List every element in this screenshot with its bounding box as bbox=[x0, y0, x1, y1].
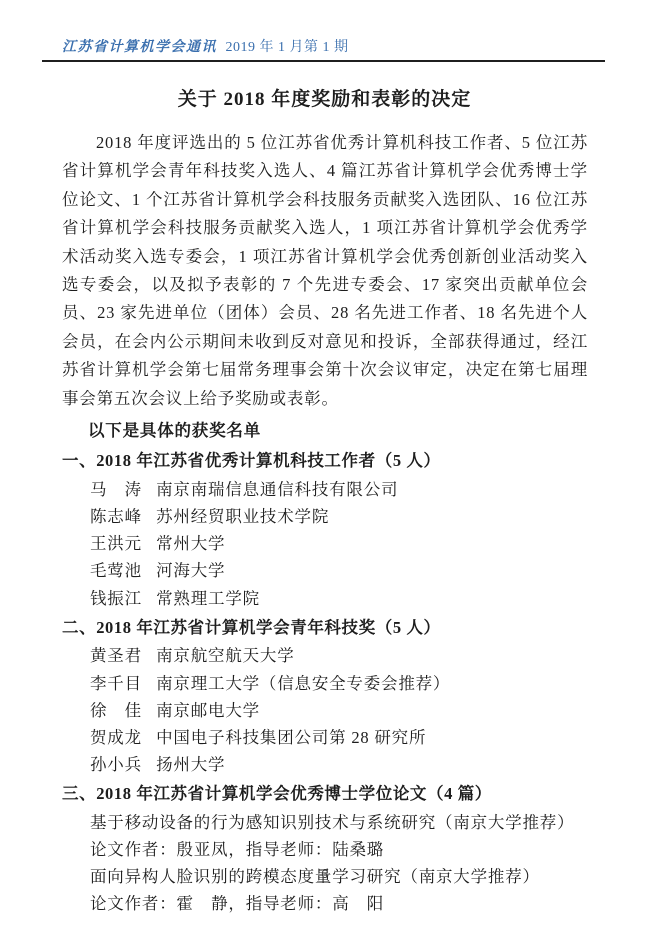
awardee-organization: 常州大学 bbox=[156, 534, 225, 553]
journal-issue: 2019 年 1 月第 1 期 bbox=[226, 40, 349, 55]
award-entry: 王洪元 常州大学 bbox=[62, 530, 588, 557]
awardee-organization: 南京邮电大学 bbox=[156, 701, 260, 720]
intro-paragraph: 2018 年度评选出的 5 位江苏省优秀计算机科技工作者、5 位江苏省计算机学会… bbox=[62, 129, 588, 413]
award-entry: 黄圣君 南京航空航天大学 bbox=[62, 642, 588, 669]
awardee-name: 贺成龙 bbox=[90, 724, 152, 751]
header-divider bbox=[42, 60, 605, 62]
awardee-name: 钱振江 bbox=[90, 585, 152, 612]
section-3-entries: 基于移动设备的行为感知识别技术与系统研究（南京大学推荐） 论文作者：殷亚凤，指导… bbox=[62, 809, 588, 918]
section-2-heading: 二、2018 年江苏省计算机学会青年科技奖（5 人） bbox=[62, 614, 588, 642]
award-entry: 李千目 南京理工大学（信息安全专委会推荐） bbox=[62, 670, 588, 697]
section-1-heading: 一、2018 年江苏省优秀计算机科技工作者（5 人） bbox=[62, 447, 588, 475]
awardee-name: 马 涛 bbox=[90, 476, 152, 503]
section-2-entries: 黄圣君 南京航空航天大学 李千目 南京理工大学（信息安全专委会推荐） 徐 佳 南… bbox=[62, 642, 588, 778]
journal-name: 江苏省计算机学会通讯 bbox=[62, 40, 217, 55]
award-entry: 马 涛 南京南瑞信息通信科技有限公司 bbox=[62, 476, 588, 503]
section-1-entries: 马 涛 南京南瑞信息通信科技有限公司 陈志峰 苏州经贸职业技术学院 王洪元 常州… bbox=[62, 476, 588, 612]
awardee-organization: 扬州大学 bbox=[156, 755, 225, 774]
awardee-organization: 南京理工大学（信息安全专委会推荐） bbox=[156, 674, 450, 693]
document-page: 江苏省计算机学会通讯 2019 年 1 月第 1 期 关于 2018 年度奖励和… bbox=[0, 0, 649, 934]
thesis-title: 基于移动设备的行为感知识别技术与系统研究（南京大学推荐） bbox=[62, 809, 588, 836]
award-entry: 孙小兵 扬州大学 bbox=[62, 751, 588, 778]
page-header: 江苏省计算机学会通讯 2019 年 1 月第 1 期 bbox=[62, 36, 349, 56]
award-entry: 钱振江 常熟理工学院 bbox=[62, 585, 588, 612]
thesis-author-advisor: 论文作者：殷亚凤，指导老师：陆桑璐 bbox=[62, 836, 588, 863]
awardee-organization: 南京南瑞信息通信科技有限公司 bbox=[156, 480, 398, 499]
page-number: 6 bbox=[0, 866, 649, 882]
awardee-name: 徐 佳 bbox=[90, 697, 152, 724]
awardee-name: 毛莺池 bbox=[90, 557, 152, 584]
awardee-name: 陈志峰 bbox=[90, 503, 152, 530]
section-3-heading: 三、2018 年江苏省计算机学会优秀博士学位论文（4 篇） bbox=[62, 780, 588, 808]
awardee-name: 孙小兵 bbox=[90, 751, 152, 778]
awardee-organization: 河海大学 bbox=[156, 561, 225, 580]
awardee-name: 黄圣君 bbox=[90, 642, 152, 669]
thesis-author-advisor: 论文作者：霍 静，指导老师：高 阳 bbox=[62, 890, 588, 917]
awardee-organization: 南京航空航天大学 bbox=[156, 646, 294, 665]
awardee-name: 李千目 bbox=[90, 670, 152, 697]
award-entry: 徐 佳 南京邮电大学 bbox=[62, 697, 588, 724]
award-entry: 贺成龙 中国电子科技集团公司第 28 研究所 bbox=[62, 724, 588, 751]
awardee-organization: 苏州经贸职业技术学院 bbox=[156, 507, 329, 526]
document-body: 2018 年度评选出的 5 位江苏省优秀计算机科技工作者、5 位江苏省计算机学会… bbox=[62, 129, 588, 918]
awardee-organization: 中国电子科技集团公司第 28 研究所 bbox=[156, 728, 426, 747]
awardee-organization: 常熟理工学院 bbox=[156, 589, 260, 608]
document-title: 关于 2018 年度奖励和表彰的决定 bbox=[0, 84, 649, 111]
awardee-name: 王洪元 bbox=[90, 530, 152, 557]
award-entry: 陈志峰 苏州经贸职业技术学院 bbox=[62, 503, 588, 530]
award-entry: 毛莺池 河海大学 bbox=[62, 557, 588, 584]
list-intro-line: 以下是具体的获奖名单 bbox=[62, 417, 588, 445]
